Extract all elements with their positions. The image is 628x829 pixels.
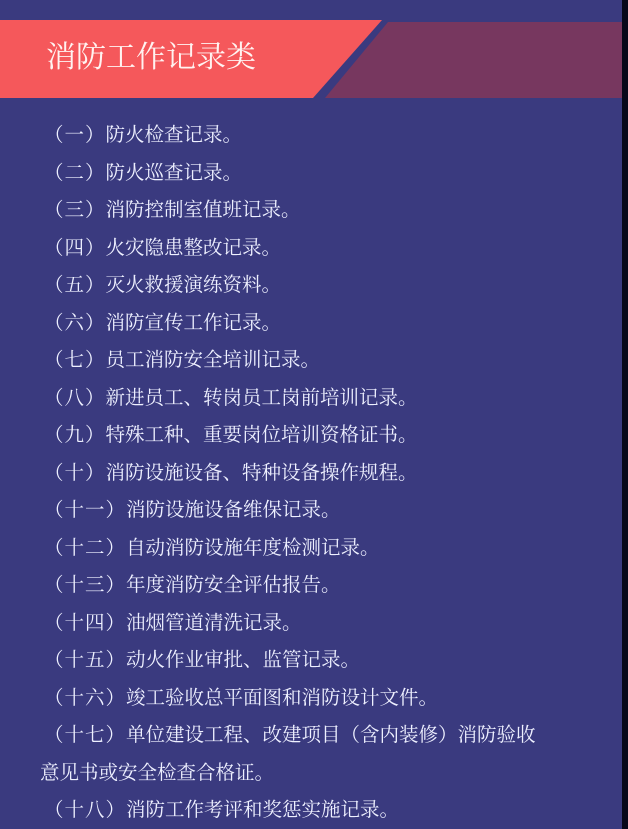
list-item: （三）消防控制室值班记录。: [44, 191, 536, 229]
list-item: （十三）年度消防安全评估报告。: [44, 566, 536, 604]
item-number: （四）: [44, 236, 106, 259]
item-number: （十六）: [44, 686, 126, 709]
item-text: 新进员工、转岗员工岗前培训记录。: [106, 386, 418, 409]
item-number: （十四）: [44, 611, 126, 634]
item-text: 消防宣传工作记录。: [106, 311, 282, 334]
list-item: （四）火灾隐患整改记录。: [44, 229, 536, 267]
item-number: （七）: [44, 348, 106, 371]
item-text: 消防设施设备维保记录。: [126, 498, 341, 521]
item-text: 灭火救援演练资料。: [106, 273, 282, 296]
page-background: 消防工作记录类 （一）防火检查记录。 （二）防火巡查记录。 （三）消防控制室值班…: [0, 0, 622, 829]
list-item: （十）消防设施设备、特种设备操作规程。: [44, 454, 536, 492]
item-number: （二）: [44, 161, 106, 184]
item-number: （十五）: [44, 648, 126, 671]
item-text: 特殊工种、重要岗位培训资格证书。: [106, 423, 418, 446]
item-text: 油烟管道清洗记录。: [126, 611, 302, 634]
list-item: （八）新进员工、转岗员工岗前培训记录。: [44, 379, 536, 417]
item-text: 自动消防设施年度检测记录。: [126, 536, 380, 559]
item-number: （八）: [44, 386, 106, 409]
item-text: 动火作业审批、监管记录。: [126, 648, 360, 671]
item-text: 火灾隐患整改记录。: [106, 236, 282, 259]
list-item: （十二）自动消防设施年度检测记录。: [44, 529, 536, 567]
item-number: （九）: [44, 423, 106, 446]
item-text: 消防控制室值班记录。: [106, 198, 301, 221]
list-item: （九）特殊工种、重要岗位培训资格证书。: [44, 416, 536, 454]
list-item: （十一）消防设施设备维保记录。: [44, 491, 536, 529]
list-item: （五）灭火救援演练资料。: [44, 266, 536, 304]
item-text: 消防工作考评和奖惩实施记录。: [126, 798, 399, 821]
list-item: （一）防火检查记录。: [44, 116, 536, 154]
list-item: （六）消防宣传工作记录。: [44, 304, 536, 342]
item-number: （六）: [44, 311, 106, 334]
list-item: （二）防火巡查记录。: [44, 154, 536, 192]
list-item: （七）员工消防安全培训记录。: [44, 341, 536, 379]
item-text: 单位建设工程、改建项目（含内装修）消防验收: [126, 723, 536, 746]
item-text: 防火巡查记录。: [106, 161, 243, 184]
list-item: （十八）消防工作考评和奖惩实施记录。: [44, 791, 536, 829]
item-number: （十）: [44, 461, 106, 484]
list-item: （十五）动火作业审批、监管记录。: [44, 641, 536, 679]
list-item: （十六）竣工验收总平面图和消防设计文件。: [44, 679, 536, 717]
item-text: 消防设施设备、特种设备操作规程。: [106, 461, 418, 484]
item-text: 竣工验收总平面图和消防设计文件。: [126, 686, 438, 709]
list-item: （十七）单位建设工程、改建项目（含内装修）消防验收意见书或安全检查合格证。: [44, 716, 536, 791]
item-text: 年度消防安全评估报告。: [126, 573, 341, 596]
right-edge-border: [622, 0, 628, 829]
list-item: （十四）油烟管道清洗记录。: [44, 604, 536, 642]
record-list: （一）防火检查记录。 （二）防火巡查记录。 （三）消防控制室值班记录。 （四）火…: [44, 116, 536, 829]
item-text: 防火检查记录。: [106, 123, 243, 146]
item-number: （十三）: [44, 573, 126, 596]
item-number: （十一）: [44, 498, 126, 521]
page-title: 消防工作记录类: [46, 38, 256, 78]
item-number: （十八）: [44, 798, 126, 821]
item-number: （一）: [44, 123, 106, 146]
item-number: （五）: [44, 273, 106, 296]
item-number: （三）: [44, 198, 106, 221]
item-text-continuation: 意见书或安全检查合格证。: [40, 754, 536, 792]
item-number: （十二）: [44, 536, 126, 559]
item-text: 员工消防安全培训记录。: [106, 348, 321, 371]
item-number: （十七）: [44, 723, 126, 746]
